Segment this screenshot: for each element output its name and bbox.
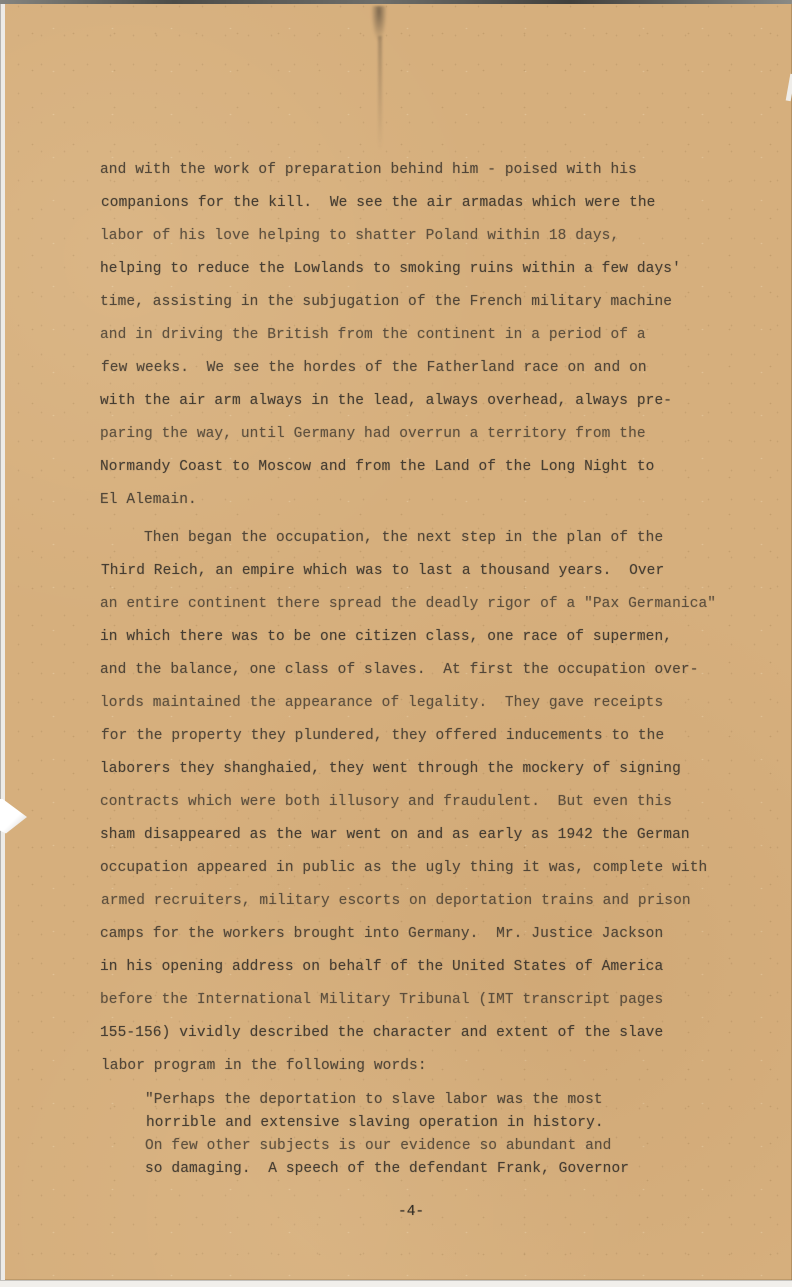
- text-line: armed recruiters, military escorts on de…: [101, 885, 717, 918]
- scan-edge-left: [0, 3, 5, 1281]
- text-line: time, assisting in the subjugation of th…: [100, 286, 681, 319]
- text-line: sham disappeared as the war went on and …: [100, 819, 716, 852]
- text-line: and the balance, one class of slaves. At…: [100, 654, 716, 687]
- text-line: occupation appeared in public as the ugl…: [100, 852, 716, 885]
- scan-edge-bottom: [0, 1280, 792, 1287]
- text-line: Then began the occupation, the next step…: [100, 522, 716, 555]
- text-line: camps for the workers brought into Germa…: [100, 918, 716, 951]
- text-line: Third Reich, an empire which was to last…: [101, 555, 717, 588]
- text-line: paring the way, until Germany had overru…: [100, 418, 681, 451]
- text-line: lords maintained the appearance of legal…: [100, 687, 716, 720]
- text-line: contracts which were both illusory and f…: [100, 786, 716, 819]
- paragraph-occupation: Then began the occupation, the next step…: [100, 522, 716, 1083]
- text-line: in his opening address on behalf of the …: [100, 951, 716, 984]
- text-line: labor of his love helping to shatter Pol…: [100, 220, 681, 253]
- text-line: and in driving the British from the cont…: [100, 319, 681, 352]
- text-line: with the air arm always in the lead, alw…: [100, 385, 681, 418]
- text-line: for the property they plundered, they of…: [101, 720, 717, 753]
- text-line: labor program in the following words:: [101, 1050, 717, 1083]
- text-line: laborers they shanghaied, they went thro…: [100, 753, 716, 786]
- text-line: companions for the kill. We see the air …: [101, 187, 682, 220]
- ink-smudge: [378, 36, 382, 151]
- scan-edge-top: [0, 0, 792, 4]
- text-line: and with the work of preparation behind …: [100, 154, 681, 187]
- text-line: so damaging. A speech of the defendant F…: [145, 1158, 629, 1181]
- typewritten-text: and with the work of preparation behind …: [0, 0, 792, 1287]
- text-line: On few other subjects is our evidence so…: [145, 1135, 629, 1158]
- jackson-quote-block: "Perhaps the deportation to slave labor …: [145, 1089, 629, 1181]
- page-number: -4-: [398, 1202, 424, 1222]
- scanned-document-page: and with the work of preparation behind …: [0, 0, 792, 1287]
- text-line: "Perhaps the deportation to slave labor …: [145, 1089, 629, 1112]
- paragraph-continuation: and with the work of preparation behind …: [100, 154, 681, 517]
- text-line: Normandy Coast to Moscow and from the La…: [100, 451, 681, 484]
- text-line: horrible and extensive slaving operation…: [146, 1112, 630, 1135]
- text-line: helping to reduce the Lowlands to smokin…: [100, 253, 681, 286]
- text-line: few weeks. We see the hordes of the Fath…: [101, 352, 682, 385]
- text-line: El Alemain.: [100, 484, 681, 517]
- text-line: in which there was to be one citizen cla…: [100, 621, 716, 654]
- text-line: 155-156) vividly described the character…: [100, 1017, 716, 1050]
- text-line: before the International Military Tribun…: [100, 984, 716, 1017]
- text-line: an entire continent there spread the dea…: [100, 588, 716, 621]
